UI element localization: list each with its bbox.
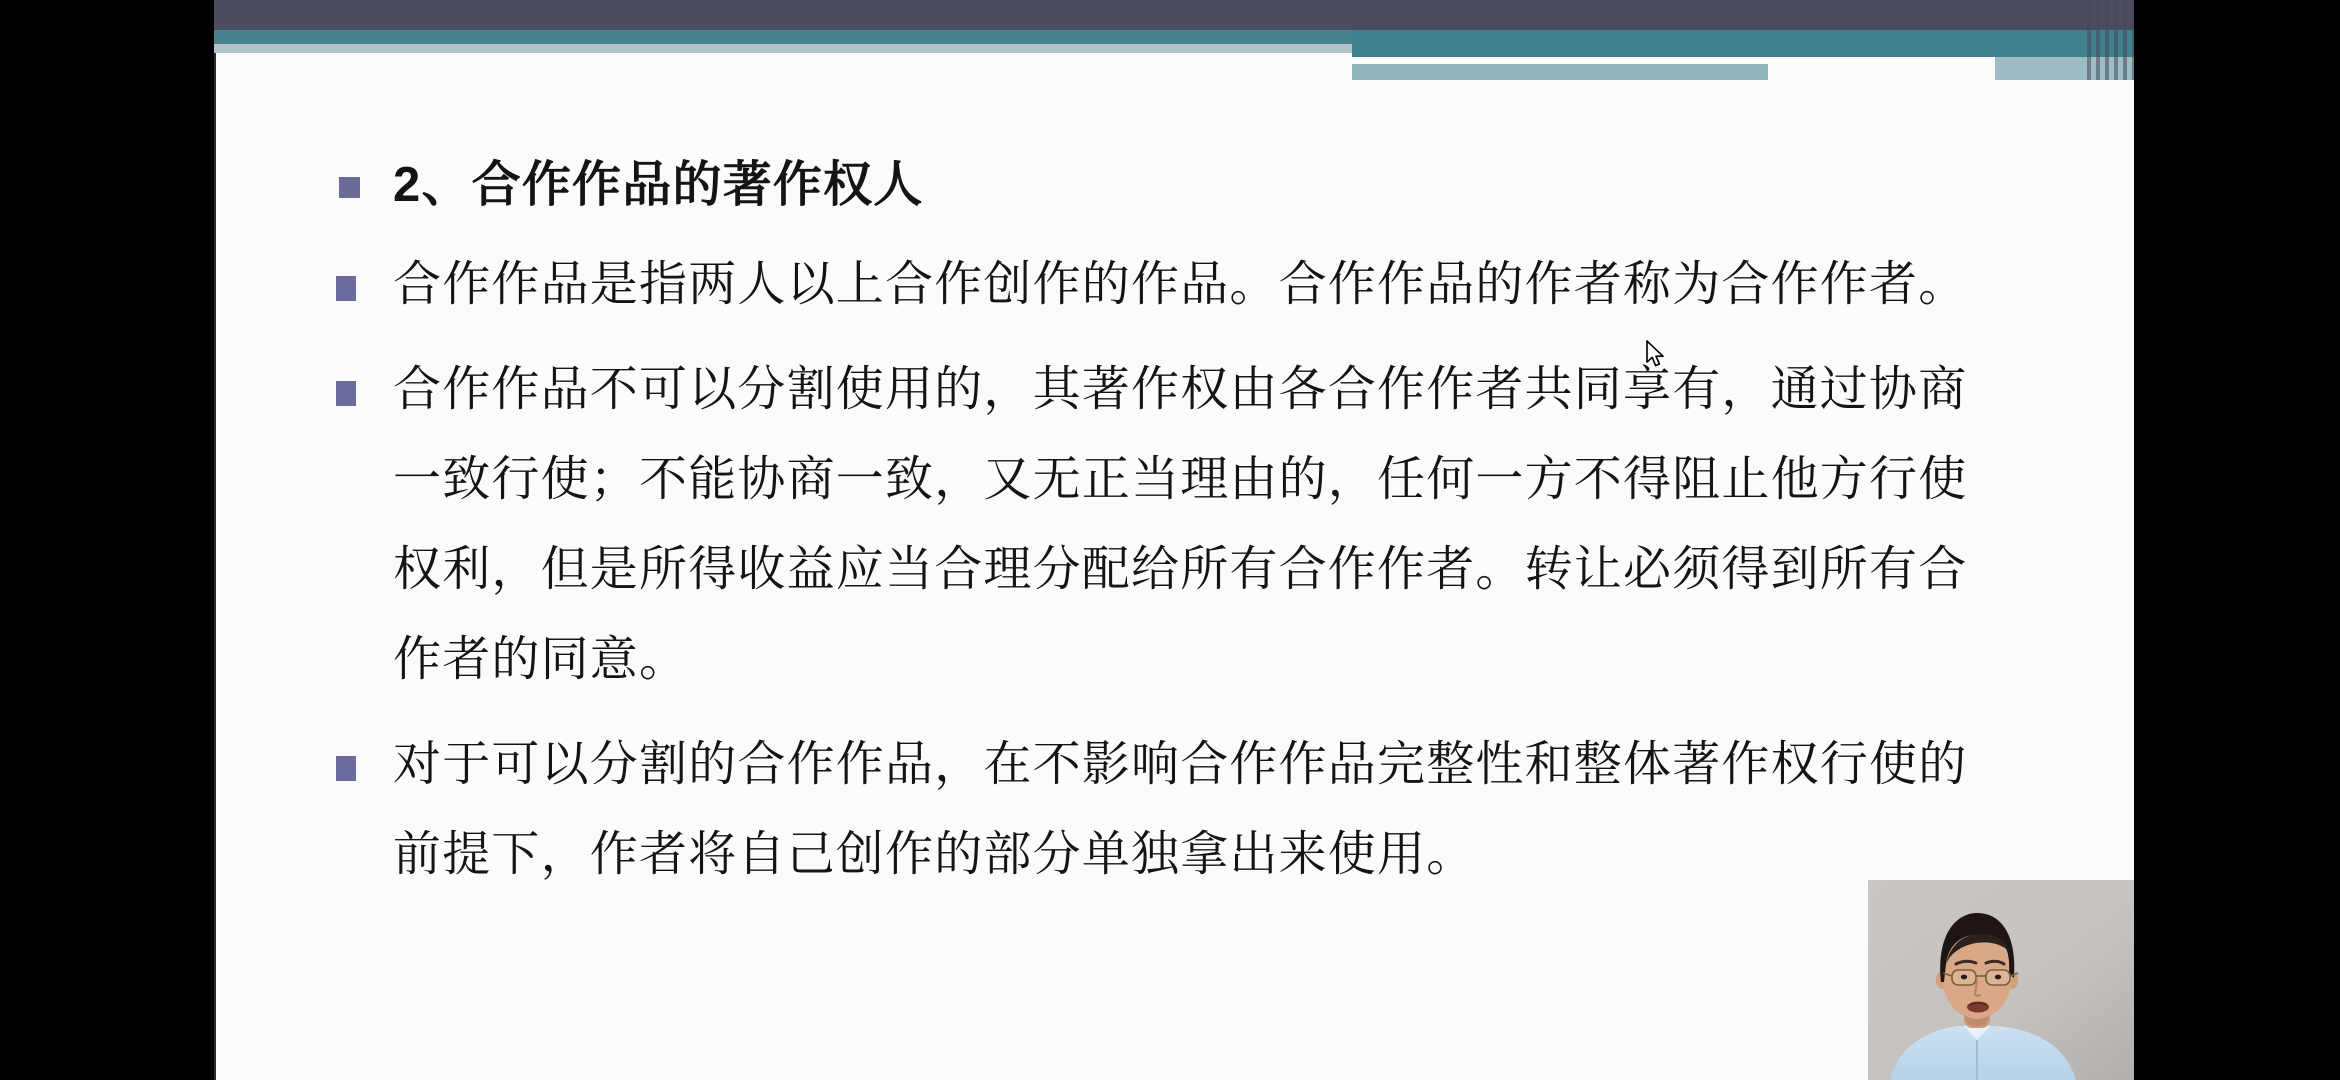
bullet-marker [336, 381, 356, 406]
text-line: 权利，但是所得收益应当合理分配给所有合作作者。转让必须得到所有合 [393, 525, 1967, 615]
text-line: 合作作品不可以分割使用的，其著作权由各合作作者共同享有，通过协商 [393, 345, 1967, 435]
lecture-video-frame[interactable]: 2、合作作品的著作权人 合作作品是指两人以上合作创作的作品。合作作品的作者称为合… [0, 0, 2340, 1080]
bullet-paragraph-1: 合作作品是指两人以上合作创作的作品。合作作品的作者称为合作作者。 [393, 240, 1967, 330]
bullet-paragraph-2: 合作作品不可以分割使用的，其著作权由各合作作者共同享有，通过协商 一致行使；不能… [393, 345, 1967, 705]
text-line: 一致行使；不能协商一致，又无正当理由的，任何一方不得阻止他方行使 [393, 435, 1967, 525]
presenter-portrait [1868, 880, 2134, 1080]
slide-title: 2、合作作品的著作权人 [393, 140, 923, 230]
header-bar-white-stripe [1352, 57, 1995, 64]
header-bar-dark [214, 0, 2134, 30]
title-bullet-marker [339, 177, 360, 198]
slide-title-paragraph: 2、合作作品的著作权人 [393, 140, 923, 230]
header-vertical-stripes [2082, 0, 2134, 80]
mouse-cursor [1645, 340, 1671, 370]
header-bar-light-teal [1352, 64, 1768, 80]
bullet-marker [336, 276, 356, 301]
text-line: 前提下，作者将自己创作的部分单独拿出来使用。 [393, 810, 1967, 900]
bullet-paragraph-3: 对于可以分割的合作作品，在不影响合作作品完整性和整体著作权行使的 前提下，作者将… [393, 720, 1967, 900]
text-line: 作者的同意。 [393, 615, 1967, 705]
header-bar-light-left [214, 44, 1352, 53]
text-line: 对于可以分割的合作作品，在不影响合作作品完整性和整体著作权行使的 [393, 720, 1967, 810]
webcam-overlay [1868, 880, 2134, 1080]
header-bar-teal-left [214, 30, 1352, 44]
text-line: 合作作品是指两人以上合作创作的作品。合作作品的作者称为合作作者。 [393, 240, 1967, 330]
bullet-marker [336, 756, 356, 781]
header-bar-teal-right [1352, 30, 2134, 57]
